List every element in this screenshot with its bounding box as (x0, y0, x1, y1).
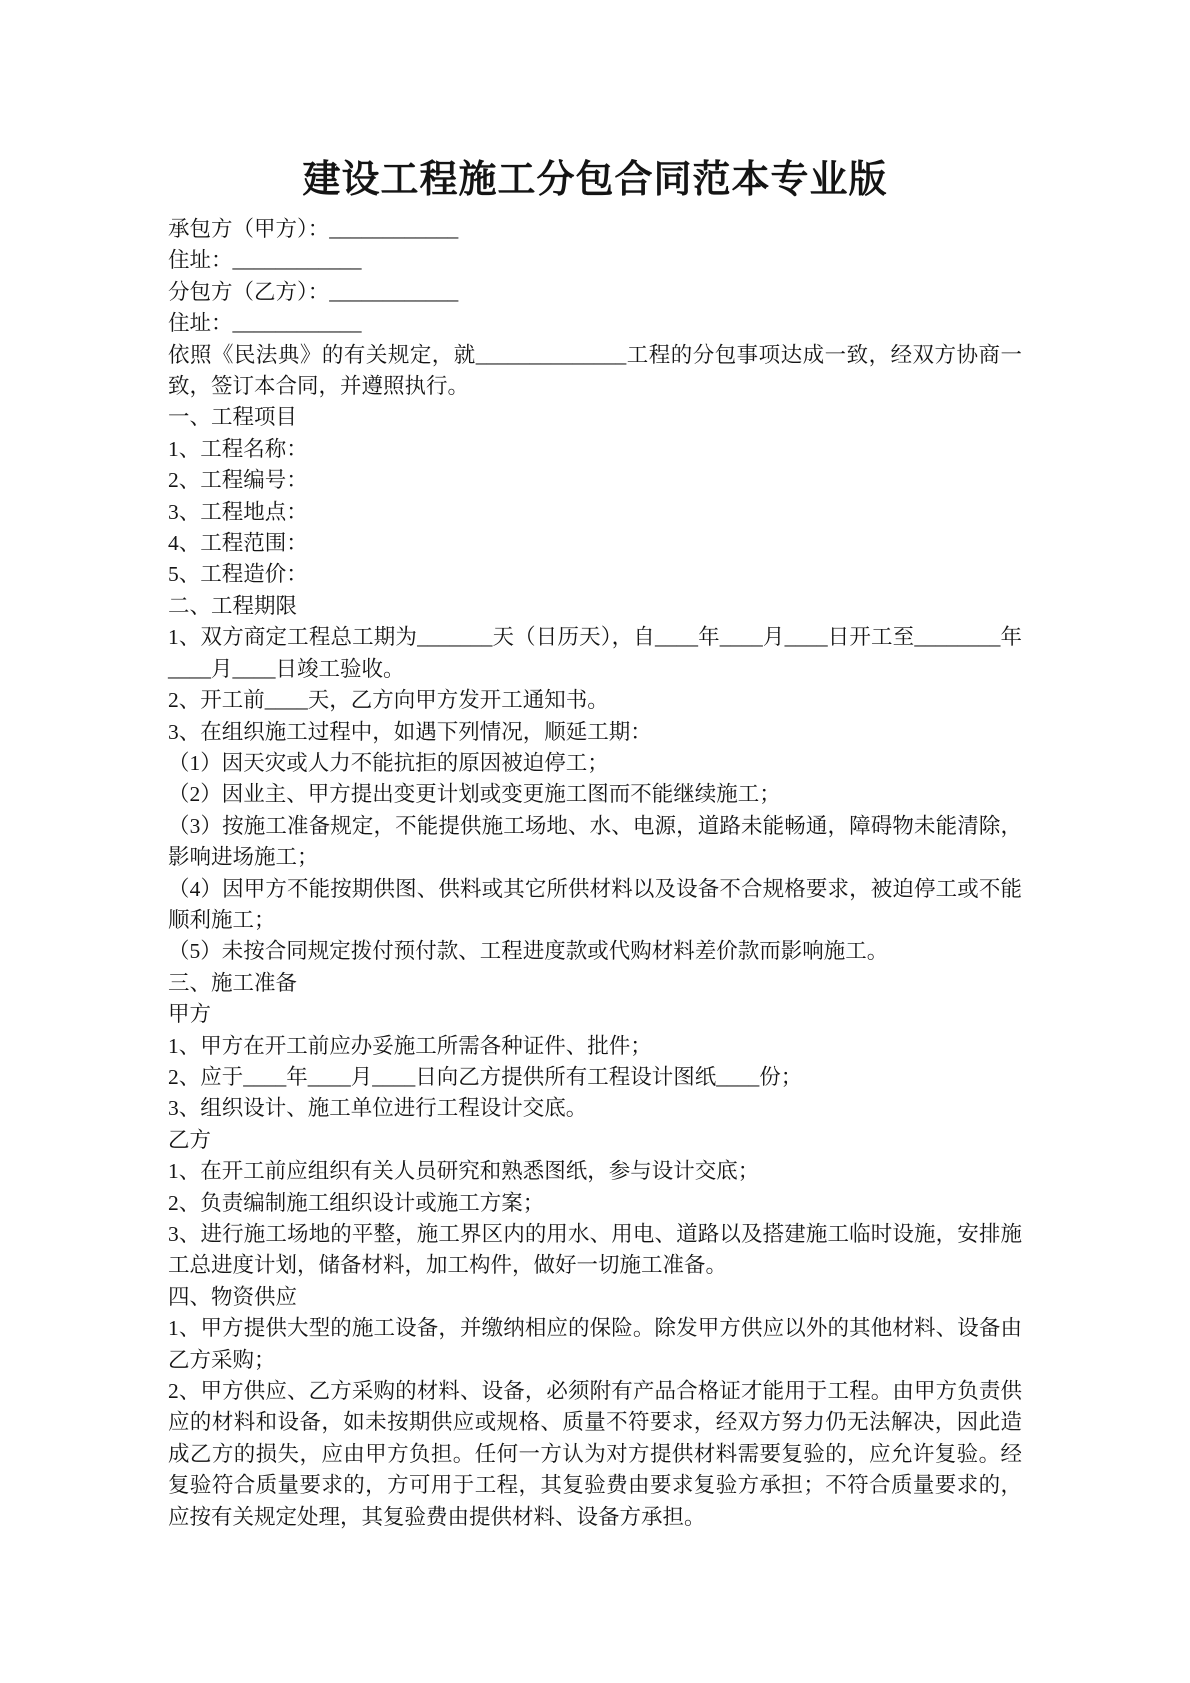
section-heading-2: 二、工程期限 (168, 591, 1022, 622)
contract-line: 2、应于____年____月____日向乙方提供所有工程设计图纸____份； (168, 1062, 1022, 1093)
section-heading-4: 四、物资供应 (168, 1282, 1022, 1313)
contract-line-party-b: 分包方（乙方）：____________ (168, 277, 1022, 308)
contract-line-party-a-address: 住址：____________ (168, 245, 1022, 276)
contract-line: （5）未按合同规定拨付预付款、工程进度款或代购材料差价款而影响施工。 (168, 936, 1022, 967)
contract-line: 5、工程造价： (168, 559, 1022, 590)
contract-line: （3）按施工准备规定，不能提供施工场地、水、电源，道路未能畅通，障碍物未能清除，… (168, 811, 1022, 874)
contract-line: 3、进行施工场地的平整，施工界区内的用水、用电、道路以及搭建施工临时设施，安排施… (168, 1219, 1022, 1282)
section-heading-3: 三、施工准备 (168, 968, 1022, 999)
contract-line: （2）因业主、甲方提出变更计划或变更施工图而不能继续施工； (168, 779, 1022, 810)
contract-line: （1）因天灾或人力不能抗拒的原因被迫停工； (168, 748, 1022, 779)
contract-document-page: 建设工程施工分包合同范本专业版 承包方（甲方）：____________ 住址：… (0, 0, 1190, 1683)
contract-line-party-b-address: 住址：____________ (168, 308, 1022, 339)
document-title: 建设工程施工分包合同范本专业版 (168, 156, 1022, 204)
contract-line: 2、负责编制施工组织设计或施工方案； (168, 1188, 1022, 1219)
contract-line-party-a: 承包方（甲方）：____________ (168, 214, 1022, 245)
subsection-heading-party-b: 乙方 (168, 1125, 1022, 1156)
contract-line: （4）因甲方不能按期供图、供料或其它所供材料以及设备不合规格要求，被迫停工或不能… (168, 874, 1022, 937)
contract-line: 1、甲方提供大型的施工设备，并缴纳相应的保险。除发甲方供应以外的其他材料、设备由… (168, 1313, 1022, 1376)
contract-line: 1、工程名称： (168, 434, 1022, 465)
contract-line: 2、甲方供应、乙方采购的材料、设备，必须附有产品合格证才能用于工程。由甲方负责供… (168, 1376, 1022, 1533)
document-body: 承包方（甲方）：____________ 住址：____________ 分包方… (168, 214, 1022, 1533)
subsection-heading-party-a: 甲方 (168, 999, 1022, 1030)
contract-line: 2、开工前____天，乙方向甲方发开工通知书。 (168, 685, 1022, 716)
contract-line: 1、双方商定工程总工期为_______天（日历天），自____年____月___… (168, 622, 1022, 685)
contract-line: 1、甲方在开工前应办妥施工所需各种证件、批件； (168, 1031, 1022, 1062)
contract-line: 2、工程编号： (168, 465, 1022, 496)
contract-line: 3、组织设计、施工单位进行工程设计交底。 (168, 1093, 1022, 1124)
contract-line: 3、在组织施工过程中，如遇下列情况，顺延工期： (168, 717, 1022, 748)
contract-line: 1、在开工前应组织有关人员研究和熟悉图纸，参与设计交底； (168, 1156, 1022, 1187)
contract-line: 3、工程地点： (168, 497, 1022, 528)
contract-line-preamble: 依照《民法典》的有关规定，就______________工程的分包事项达成一致，… (168, 340, 1022, 403)
section-heading-1: 一、工程项目 (168, 402, 1022, 433)
contract-line: 4、工程范围： (168, 528, 1022, 559)
